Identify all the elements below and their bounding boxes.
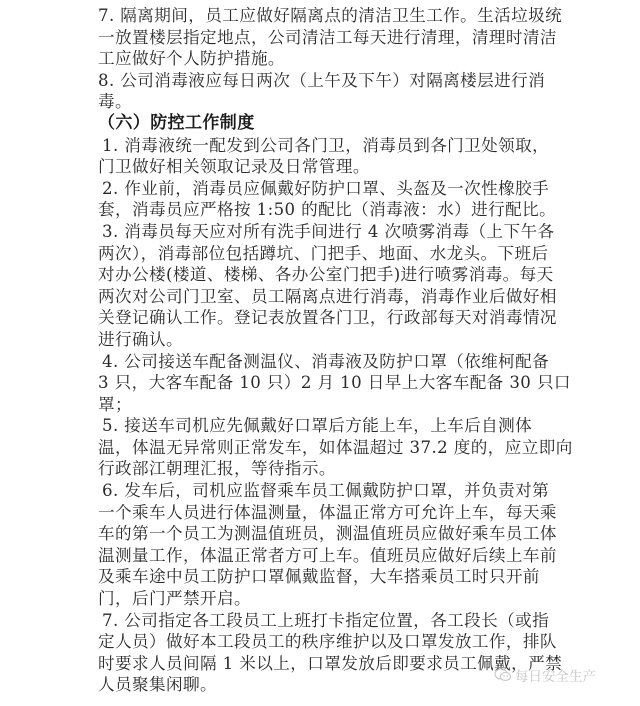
text-line: 关登记确认工作。登记表放置各门卫，行政部每天对消毒情况	[98, 307, 543, 329]
text-line: 两次），消毒部位包括蹲坑、门把手、地面、水龙头。下班后	[98, 243, 543, 265]
text-line: 1. 消毒液统一配发到公司各门卫，消毒员到各门卫处领取，	[98, 135, 543, 157]
wechat-icon	[494, 668, 512, 682]
text-line: 车的第一个员工为测温值班员，测温值班员应做好乘车员工体	[98, 523, 543, 545]
text-line: 毒。	[98, 91, 543, 113]
text-line: 3 只，大客车配备 10 只）2 月 10 日早上大客车配备 30 只口	[98, 372, 543, 394]
section-heading: （六）防控工作制度	[98, 113, 543, 135]
text-line: 罩；	[98, 394, 543, 416]
text-line: 温，体温无异常则正常发车，如体温超过 37.2 度的，应立即向	[98, 437, 543, 459]
text-line: 人员聚集闲聊。	[98, 674, 543, 696]
text-line: 3. 消毒员每天应对所有洗手间进行 4 次喷雾消毒（上下午各	[98, 221, 543, 243]
text-line: 4. 公司接送车配备测温仪、消毒液及防护口罩（依维柯配备	[98, 351, 543, 373]
text-line: 门，后门严禁开启。	[98, 588, 543, 610]
document-body: 7. 隔离期间，员工应做好隔离点的清洁卫生工作。生活垃圾统一放置楼层指定地点，公…	[98, 5, 543, 696]
text-line: 对办公楼(楼道、楼梯、各办公室门把手)进行喷雾消毒。每天	[98, 264, 543, 286]
text-line: 门卫做好相关领取记录及日常管理。	[98, 156, 543, 178]
watermark: 每日安全生产	[494, 665, 596, 685]
text-line: 7. 公司指定各工段员工上班打卡指定位置，各工段长（或指	[98, 610, 543, 632]
text-line: 2. 作业前，消毒员应佩戴好防护口罩、头盔及一次性橡胶手	[98, 178, 543, 200]
text-line: 5. 接送车司机应先佩戴好口罩后方能上车，上车后自测体	[98, 415, 543, 437]
text-line: 8. 公司消毒液应每日两次（上午及下午）对隔离楼层进行消	[98, 70, 543, 92]
text-line: 时要求人员间隔 1 米以上，口罩发放后即要求员工佩戴，严禁	[98, 653, 543, 675]
text-line: 一放置楼层指定地点，公司清洁工每天进行清理，清理时清洁	[98, 27, 543, 49]
text-line: 两次对公司门卫室、员工隔离点进行消毒，消毒作业后做好相	[98, 286, 543, 308]
text-line: 行政部江朝理汇报，等待指示。	[98, 458, 543, 480]
text-line: 套，消毒员应严格按 1:50 的配比（消毒液：水）进行配比。	[98, 199, 543, 221]
text-line: 及乘车途中员工防护口罩佩戴监督，大车搭乘员工时只开前	[98, 566, 543, 588]
text-line: 7. 隔离期间，员工应做好隔离点的清洁卫生工作。生活垃圾统	[98, 5, 543, 27]
text-line: 工应做好个人防护措施。	[98, 48, 543, 70]
watermark-text: 每日安全生产	[515, 665, 596, 685]
text-line: 进行确认。	[98, 329, 543, 351]
text-line: 温测量工作，体温正常者方可上车。值班员应做好后续上车前	[98, 545, 543, 567]
text-line: 定人员）做好本工段员工的秩序维护以及口罩发放工作，排队	[98, 631, 543, 653]
text-line: 6. 发车后，司机应监督乘车员工佩戴防护口罩，并负责对第	[98, 480, 543, 502]
text-line: 一个乘车人员进行体温测量，体温正常方可允许上车，每天乘	[98, 502, 543, 524]
